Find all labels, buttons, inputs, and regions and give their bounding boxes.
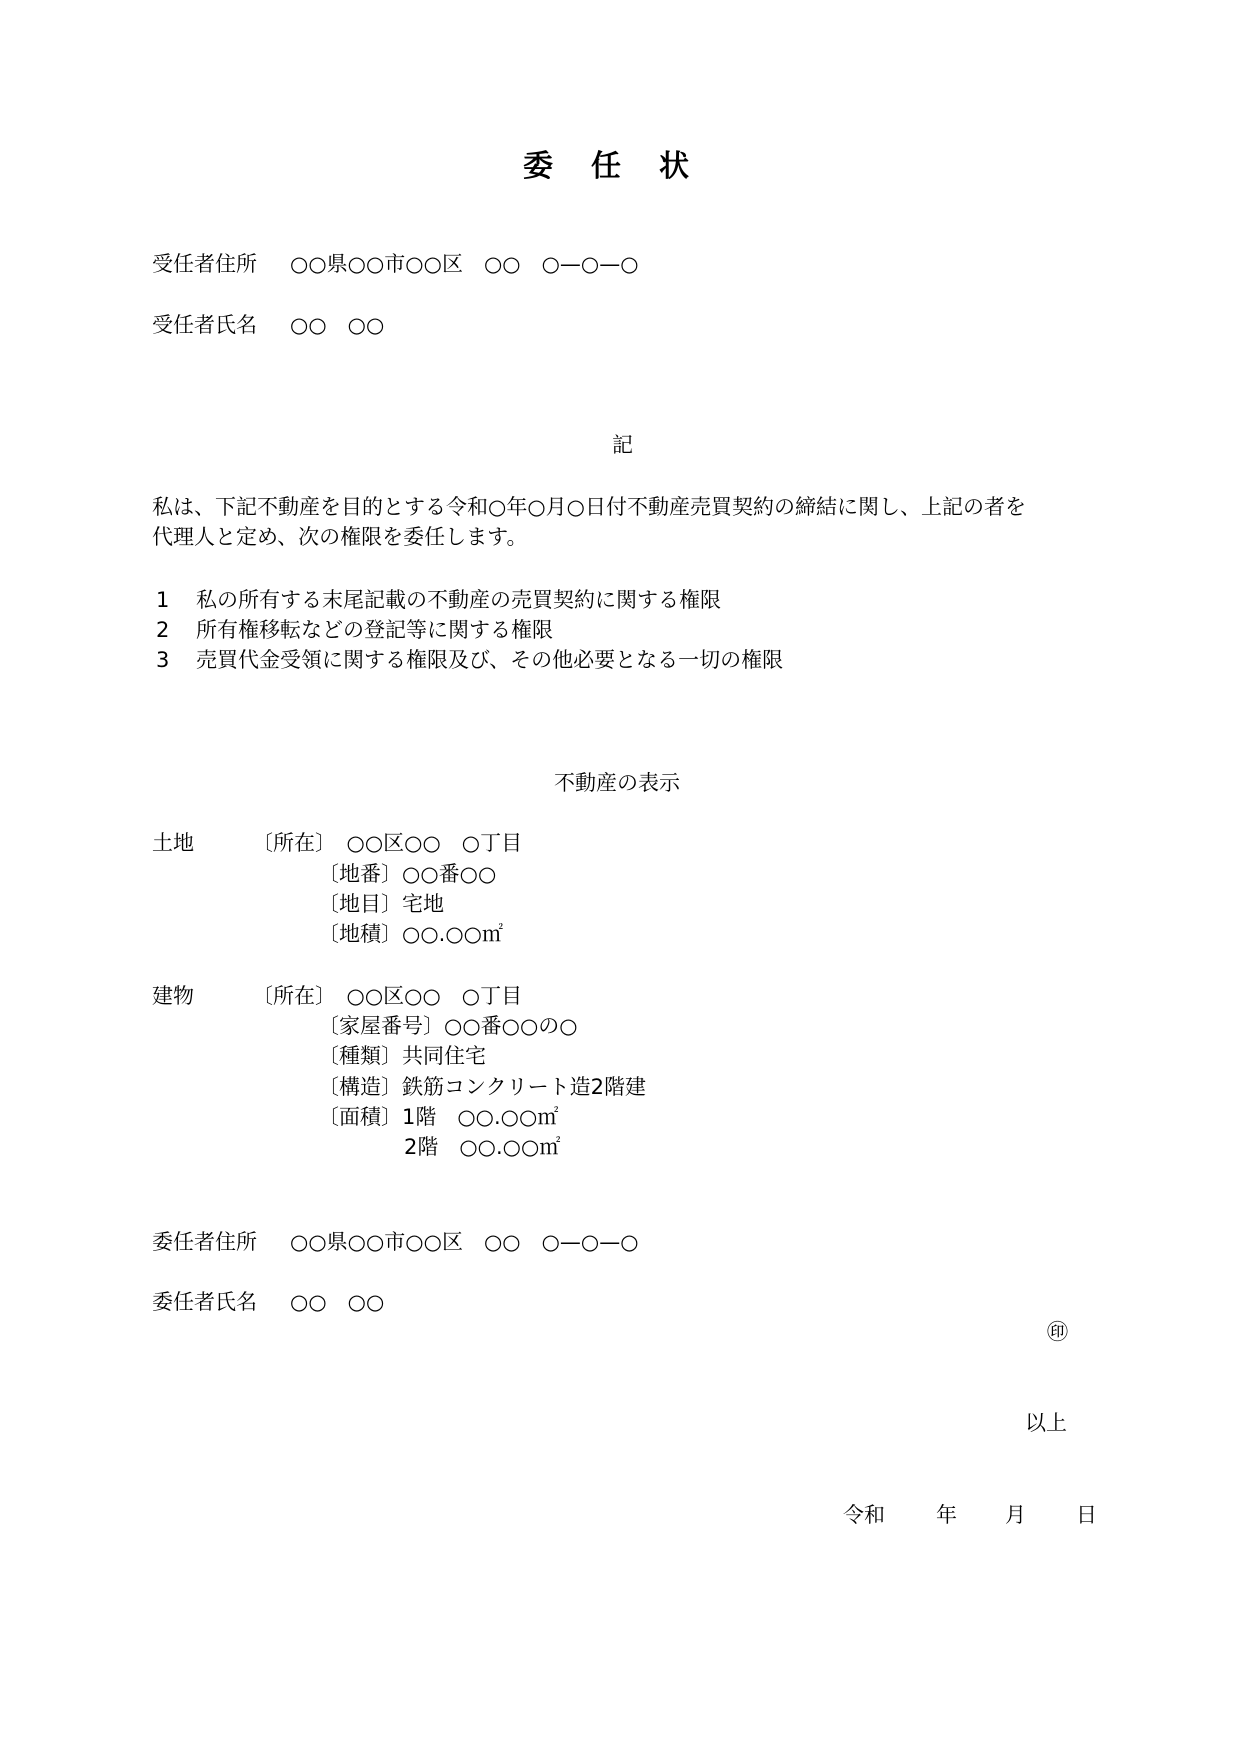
principal-name-label: 委任者氏名 xyxy=(152,1292,257,1313)
building-area-2: 2階 ○○.○○㎡ xyxy=(404,1137,560,1158)
document-title: 委任状 xyxy=(523,152,727,182)
ki-heading: 記 xyxy=(612,435,633,456)
power-text-2: 所有権移転などの登記等に関する権限 xyxy=(196,620,553,641)
closing-text: 以上 xyxy=(1025,1413,1067,1434)
date-era: 令和 xyxy=(843,1505,885,1526)
land-lot: 〔地番〕○○番○○ xyxy=(318,864,496,885)
principal-address-label: 委任者住所 xyxy=(152,1232,257,1253)
land-label: 土地 xyxy=(152,833,194,854)
building-house-no: 〔家屋番号〕○○番○○の○ xyxy=(318,1016,578,1037)
date-month: 月 xyxy=(1005,1505,1026,1526)
agent-name-label: 受任者氏名 xyxy=(152,315,257,336)
seal-icon: ㊞ xyxy=(1047,1322,1068,1343)
power-text-1: 私の所有する末尾記載の不動産の売買契約に関する権限 xyxy=(196,590,721,611)
building-location: 〔所在〕 ○○区○○ ○丁目 xyxy=(252,986,522,1007)
land-location: 〔所在〕 ○○区○○ ○丁目 xyxy=(252,833,522,854)
power-num-3: 3 xyxy=(156,650,169,671)
agent-name-value: ○○ ○○ xyxy=(290,315,384,336)
principal-address-value: ○○県○○市○○区 ○○ ○—○—○ xyxy=(290,1232,639,1253)
principal-name-value: ○○ ○○ xyxy=(290,1292,384,1313)
building-structure: 〔構造〕鉄筋コンクリート造2階建 xyxy=(318,1077,646,1098)
body-line-2: 代理人と定め、次の権限を委任します。 xyxy=(152,527,527,548)
building-type: 〔種類〕共同住宅 xyxy=(318,1046,486,1067)
land-area: 〔地積〕○○.○○㎡ xyxy=(318,924,503,945)
power-num-2: 2 xyxy=(156,620,169,641)
property-heading: 不動産の表示 xyxy=(554,773,680,794)
building-label: 建物 xyxy=(152,986,194,1007)
agent-address-label: 受任者住所 xyxy=(152,254,257,275)
body-line-1: 私は、下記不動産を目的とする令和○年○月○日付不動産売買契約の締結に関し、上記の… xyxy=(152,497,1026,518)
agent-address-value: ○○県○○市○○区 ○○ ○—○—○ xyxy=(290,254,639,275)
building-area-1: 〔面積〕1階 ○○.○○㎡ xyxy=(318,1107,558,1128)
date-year: 年 xyxy=(936,1505,957,1526)
date-day: 日 xyxy=(1076,1505,1097,1526)
power-num-1: 1 xyxy=(156,590,169,611)
land-category: 〔地目〕宅地 xyxy=(318,894,444,915)
power-text-3: 売買代金受領に関する権限及び、その他必要となる一切の権限 xyxy=(196,650,783,671)
